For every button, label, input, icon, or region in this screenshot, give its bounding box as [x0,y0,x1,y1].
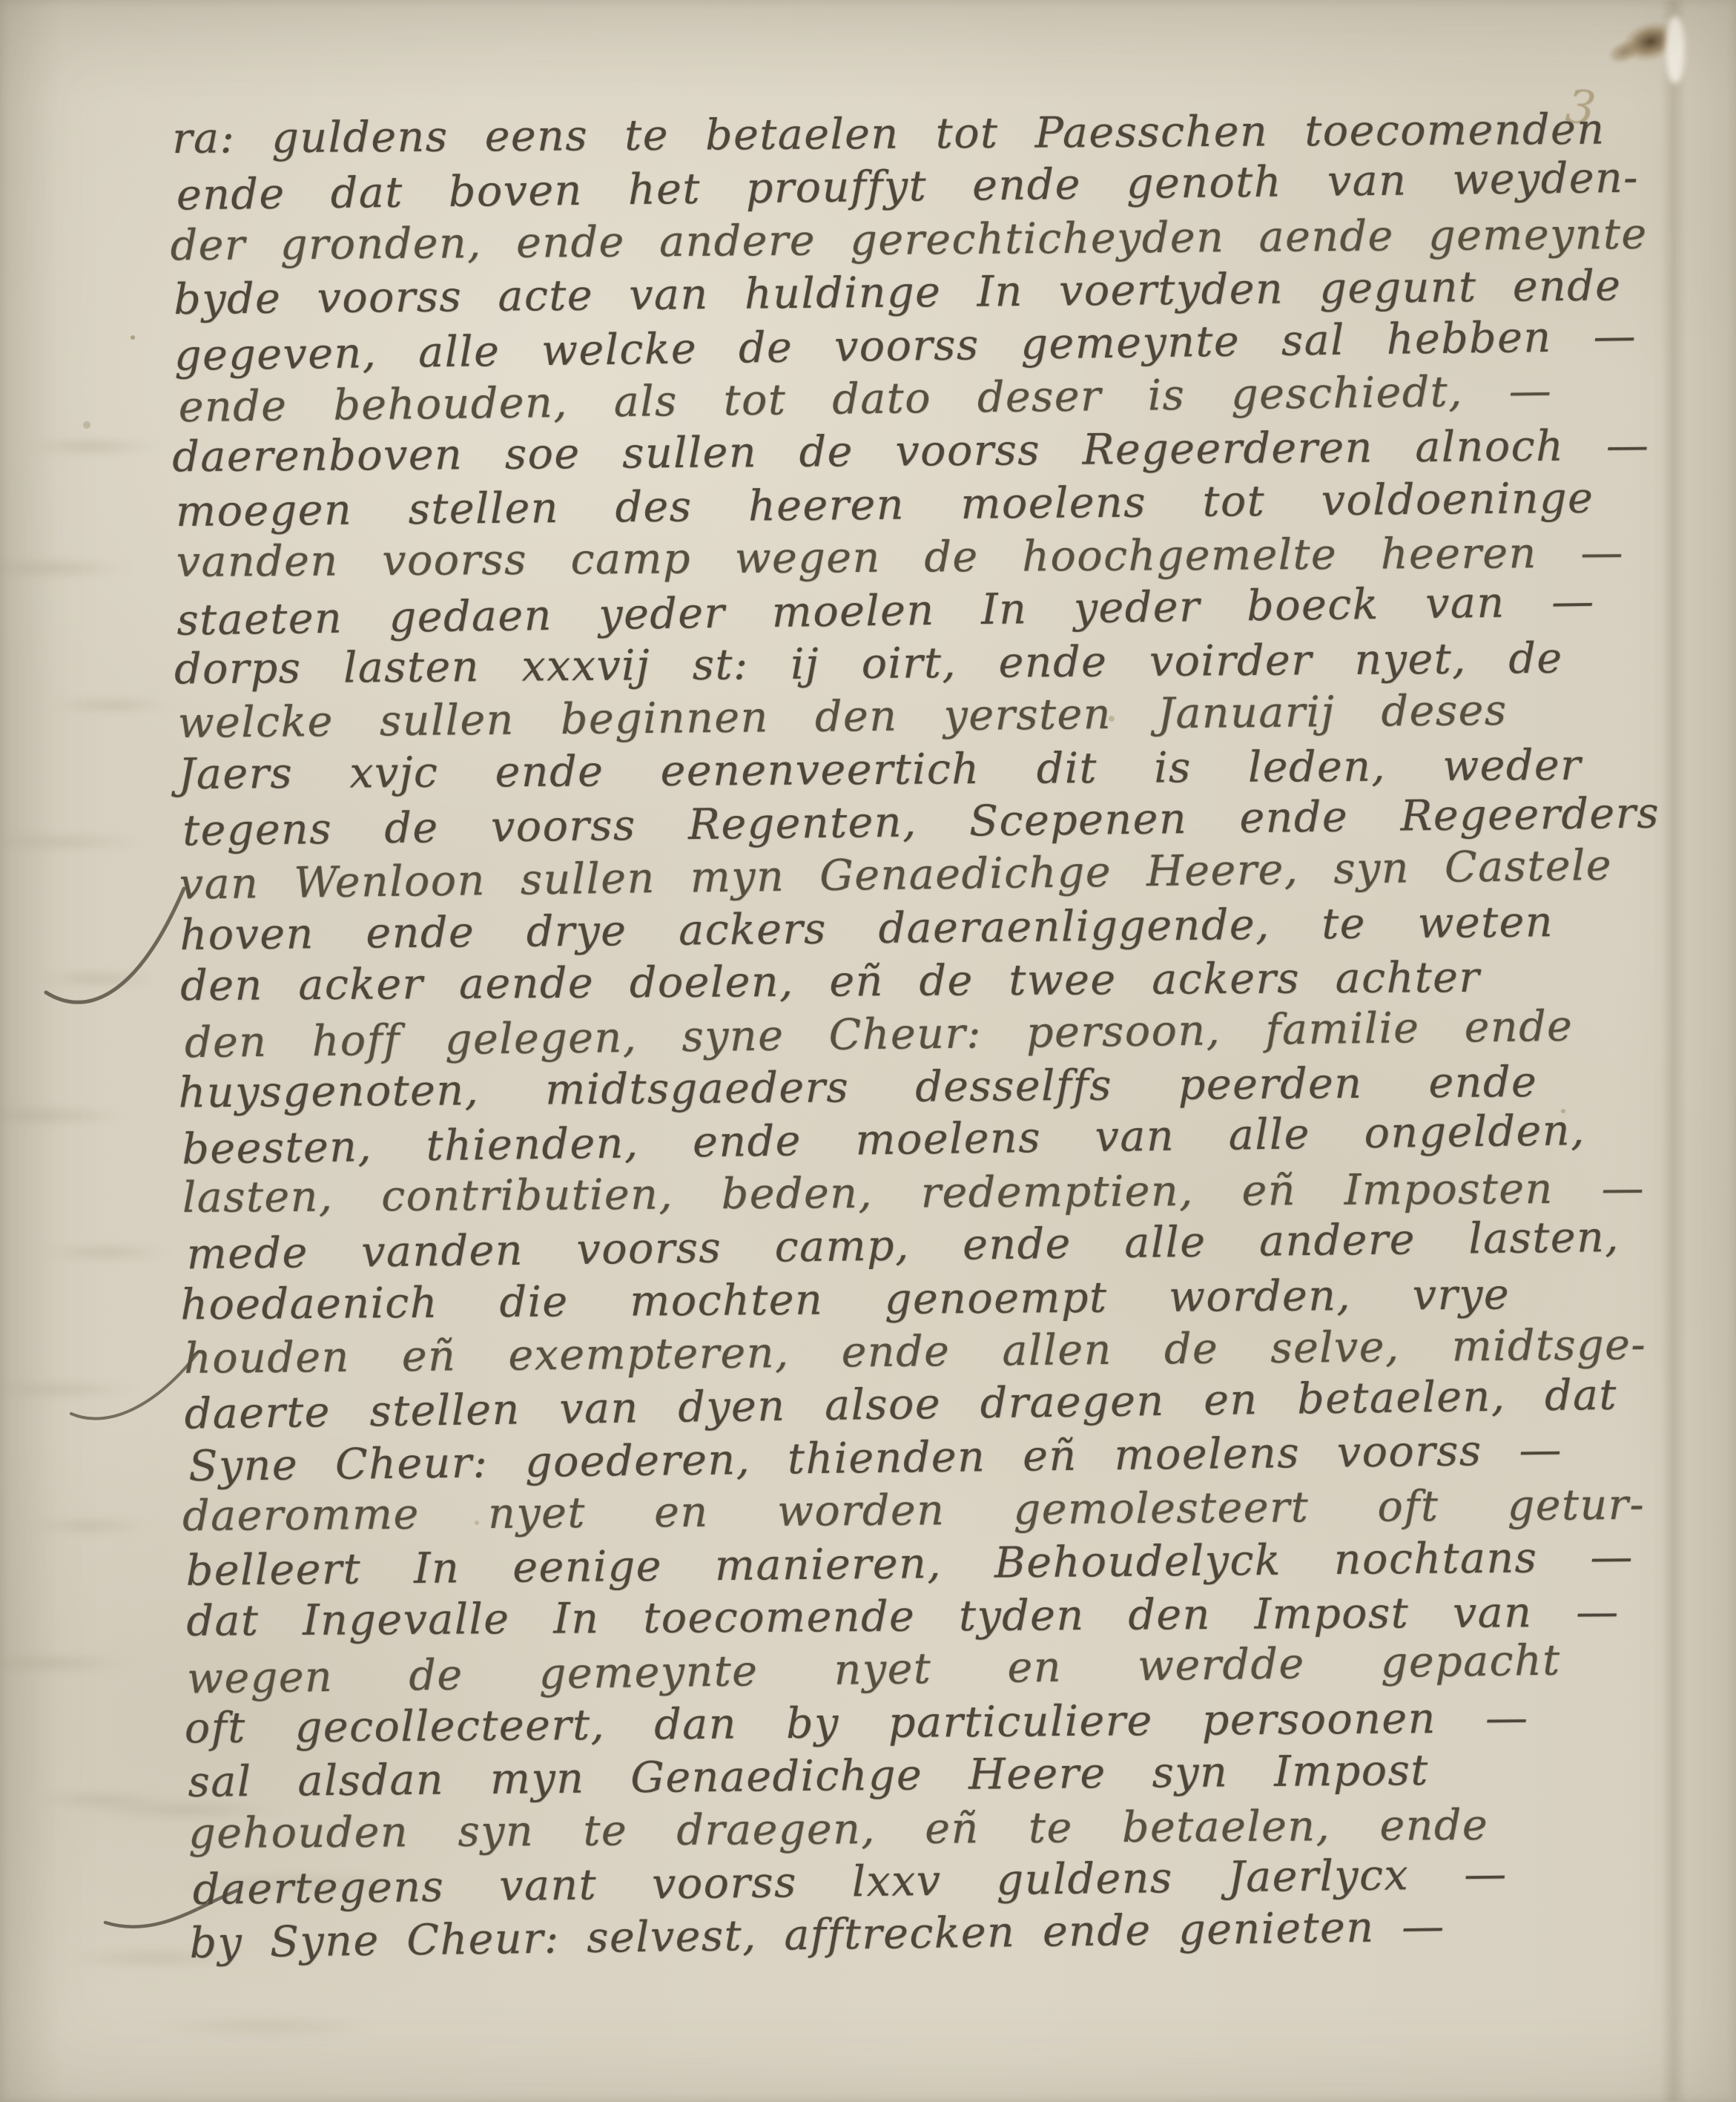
text-line: oft gecollecteert, dan by particuliere p… [185,1694,1529,1758]
paper-repair-streak [1666,16,1685,83]
text-line: hoedaenich die mochten genoempt worden, … [180,1271,1510,1334]
pen-flourish-stroke [71,1351,199,1419]
manuscript-page: 3 ra: guldens eens te betaelen tot Paess… [0,0,1736,2102]
text-line: dorps lasten xxxvij st: ij oirt, ende vo… [174,635,1563,699]
manuscript-text: ra: guldens eens te betaelen tot Paessch… [172,103,1667,1971]
pen-flourish-stroke [46,889,184,1002]
paper-specks [131,335,135,340]
verso-bleed-through-left [0,386,171,1906]
